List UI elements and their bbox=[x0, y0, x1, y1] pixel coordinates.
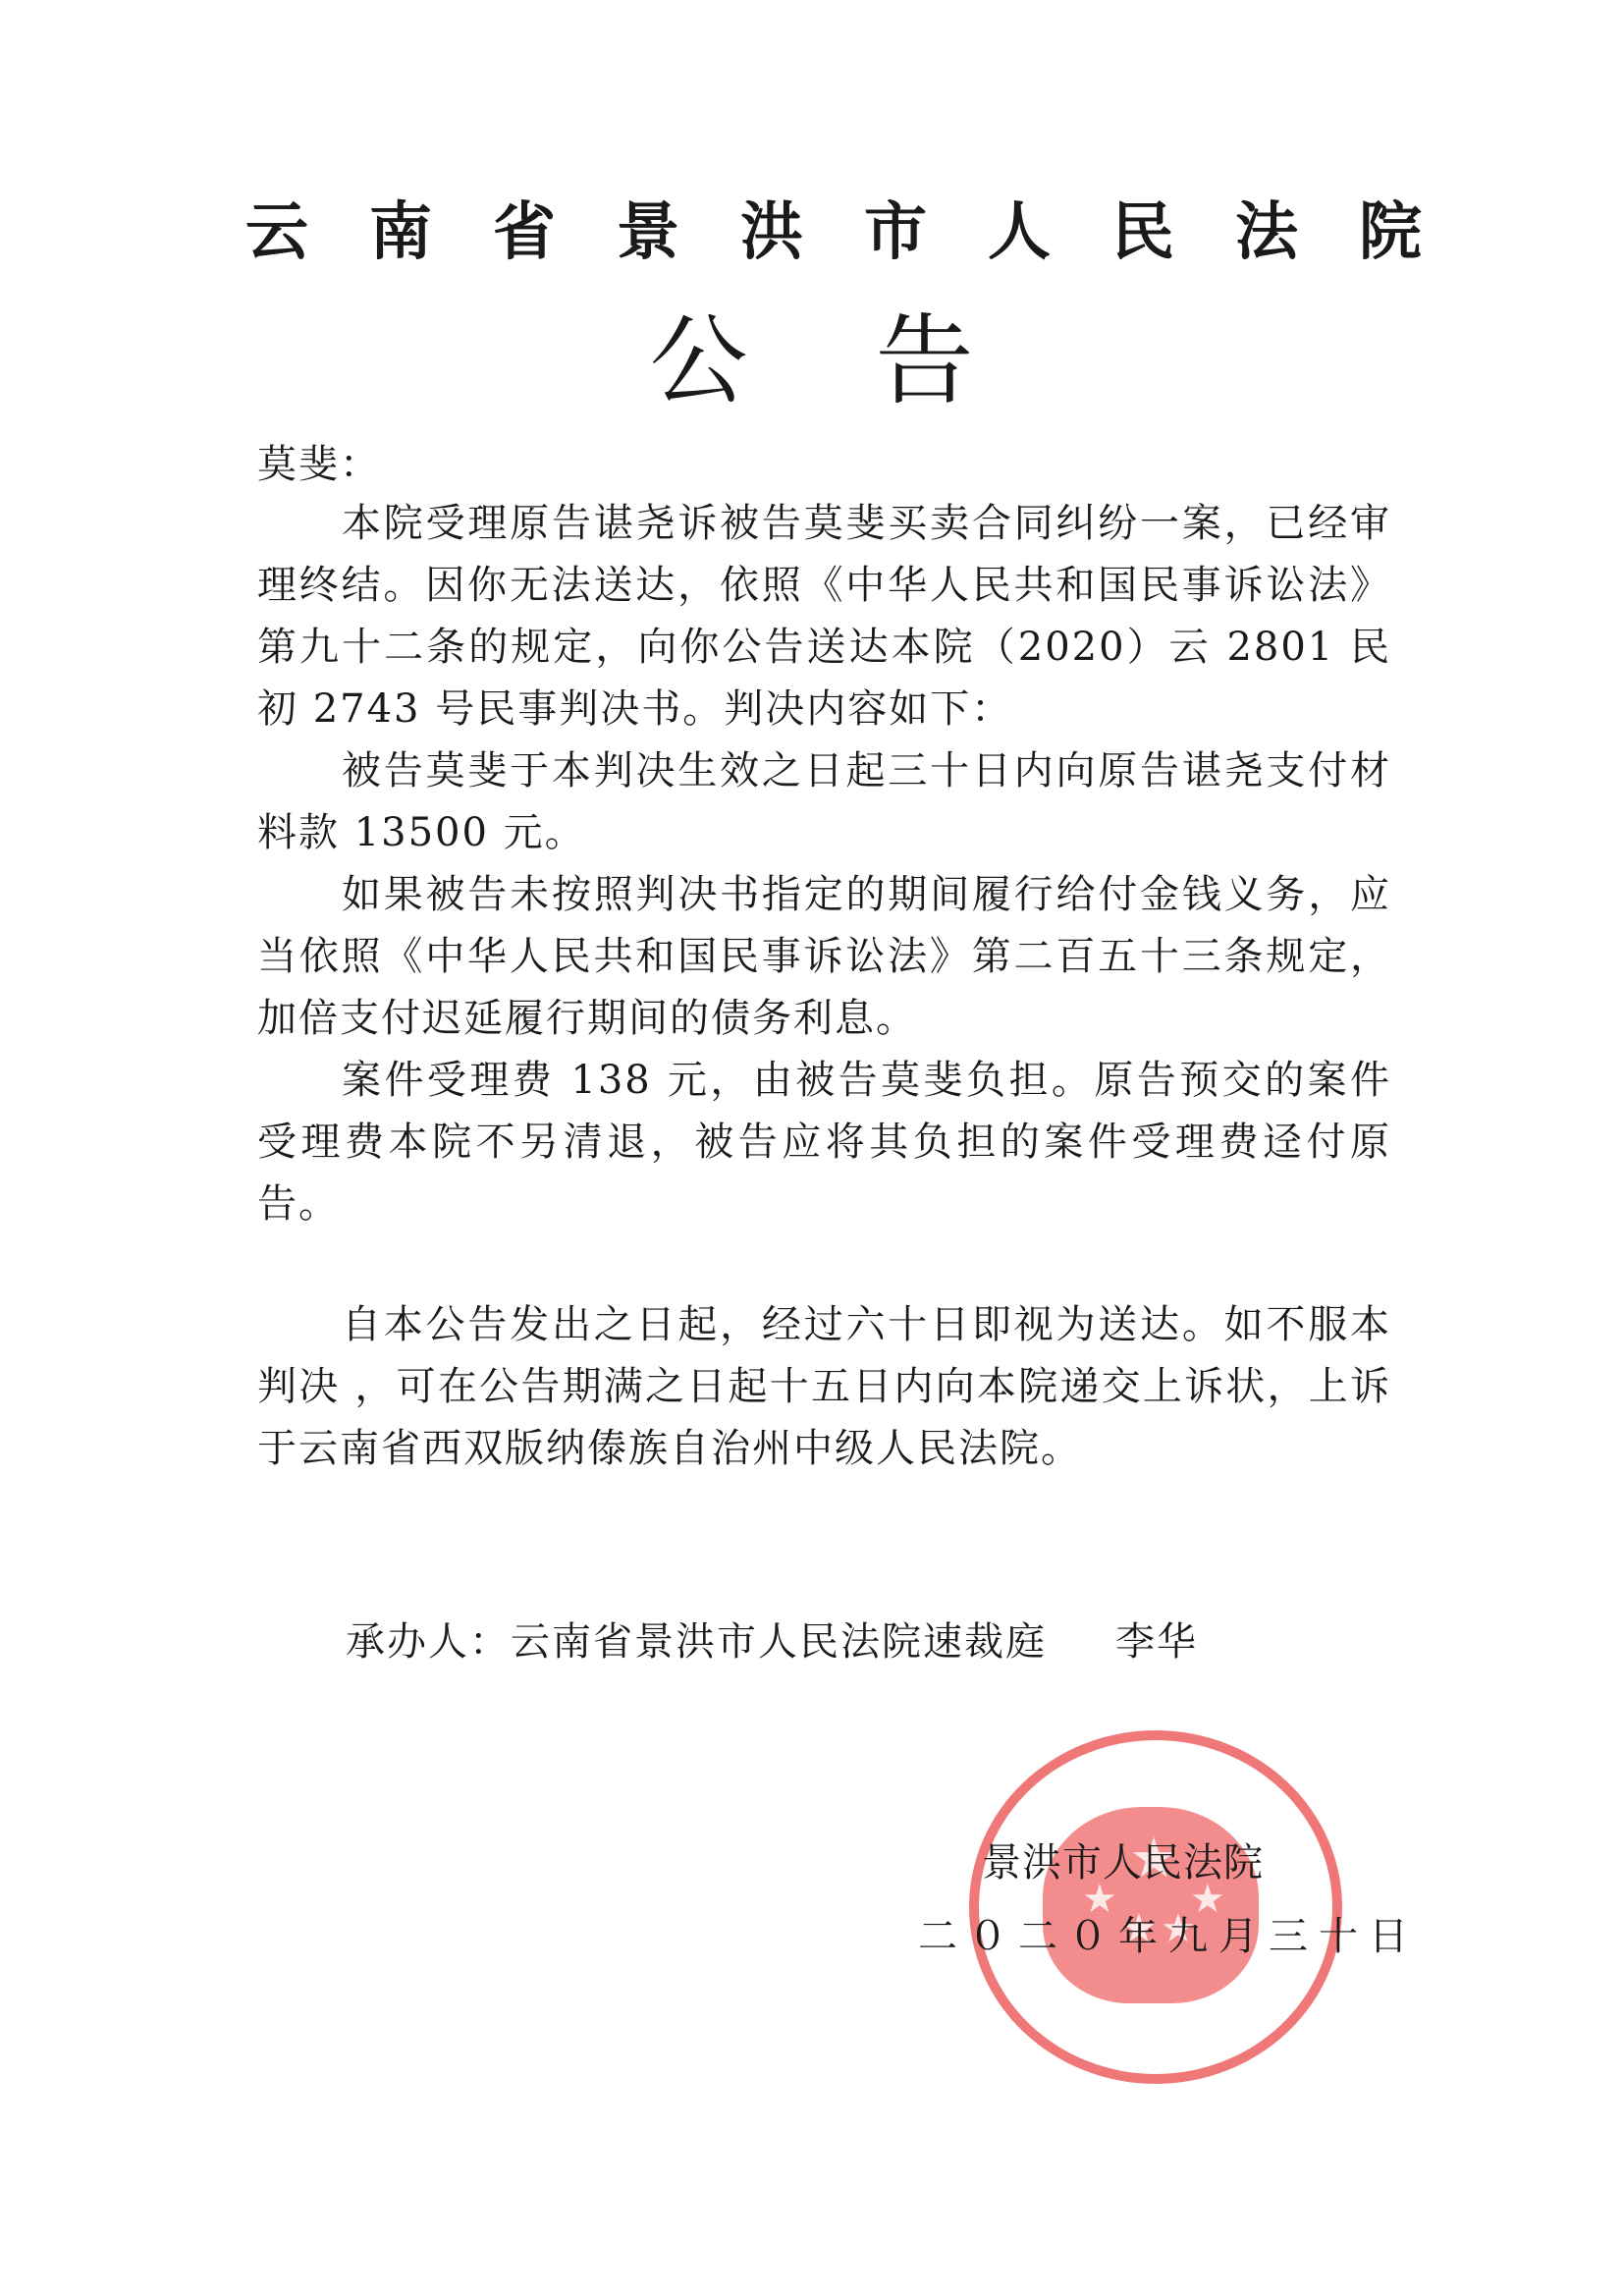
appeal-notice: 自本公告发出之日起，经过六十日即视为送达。如不服本判决 ，可在公告期满之日起十五… bbox=[257, 1294, 1391, 1480]
paragraph-court-fee: 案件受理费 138 元，由被告莫斐负担。原告预交的案件受理费本院不另清退，被告应… bbox=[257, 1050, 1391, 1235]
paragraph-judgment: 被告莫斐于本判决生效之日起三十日内向原告谌尧支付材料款 13500 元。 bbox=[257, 740, 1391, 864]
case-handler: 承办人：云南省景洪市人民法院速裁庭李华 bbox=[346, 1611, 1198, 1667]
notice-body: 本院受理原告谌尧诉被告莫斐买卖合同纠纷一案，已经审理终结。因你无法送达，依照《中… bbox=[257, 493, 1391, 1235]
issuing-court: 景洪市人民法院 bbox=[982, 1831, 1264, 1887]
addressee: 莫斐： bbox=[257, 434, 1391, 496]
handler-label: 承办人：云南省景洪市人民法院速裁庭 bbox=[346, 1619, 1047, 1665]
issue-date: 二０二０年九月三十日 bbox=[918, 1905, 1419, 1961]
handler-name: 李华 bbox=[1115, 1619, 1198, 1665]
paragraph-appeal: 自本公告发出之日起，经过六十日即视为送达。如不服本判决 ，可在公告期满之日起十五… bbox=[257, 1294, 1391, 1480]
paragraph-late-interest: 如果被告未按照判决书指定的期间履行给付金钱义务，应当依照《中华人民共和国民事诉讼… bbox=[257, 864, 1391, 1050]
court-notice-page: 云南省景洪市人民法院 公告 莫斐： 本院受理原告谌尧诉被告莫斐买卖合同纠纷一案，… bbox=[0, 0, 1623, 2296]
paragraph-case-summary: 本院受理原告谌尧诉被告莫斐买卖合同纠纷一案，已经审理终结。因你无法送达，依照《中… bbox=[257, 493, 1391, 740]
court-name-heading: 云南省景洪市人民法院 bbox=[245, 201, 1375, 264]
document-title: 公告 bbox=[0, 312, 1623, 410]
